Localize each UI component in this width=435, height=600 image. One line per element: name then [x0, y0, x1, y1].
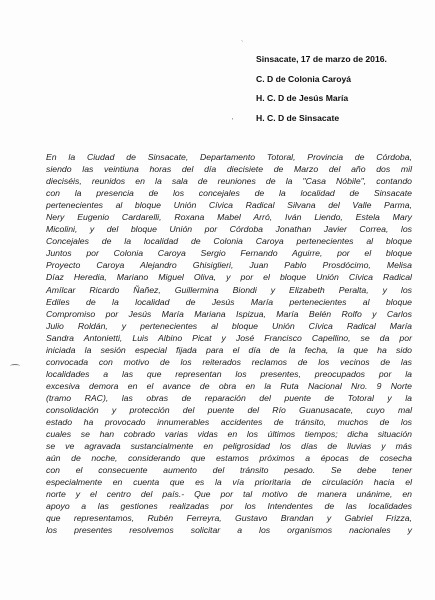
body-line: Díaz Heredia, Mariano Miguel Oliva, y po… [46, 271, 412, 283]
body-line: se ve agravada sustancialmente en peligr… [46, 440, 412, 452]
recipient-colonia-caroya: C. D de Colonia Caroyá [256, 74, 426, 84]
body-line: con el consecuente aumento del tránsito … [46, 464, 412, 476]
letter-header: Sinsacate, 17 de marzo de 2016. C. D de … [256, 54, 426, 132]
body-line: cuales se han cobrado varias vidas en lo… [46, 428, 412, 440]
body-line: Sandra Antonietti, Luis Albino Picat y J… [46, 332, 412, 344]
body-line: convocada con motivo de los reiterados r… [46, 356, 412, 368]
body-line: los presentes resolvemos solicitar a los… [46, 524, 412, 536]
body-line: Proyecto Caroya Alejandro Ghisiglieri, J… [46, 259, 412, 271]
body-line: norte y el centro del país.- Que por tal… [46, 488, 412, 500]
scan-artifact-mark: ` [241, 41, 243, 48]
recipient-sinsacate: H. C. D de Sinsacate [256, 113, 426, 123]
body-line: Amílcar Ricardo Ñañez, Guillermina Biond… [46, 284, 412, 296]
body-line: estado ha provocado innumerables acciden… [46, 416, 412, 428]
recipient-jesus-maria: H. C. D de Jesús María [256, 93, 426, 103]
body-line: consolidación y protección del puente de… [46, 404, 412, 416]
body-line: apoyo a las gestiones realizadas por los… [46, 500, 412, 512]
body-line: Juntos por Colonia Caroya Sergio Fernand… [46, 247, 412, 259]
body-line: siendo las veintiuna horas del día dieci… [46, 163, 412, 175]
body-line: Julio Roldán, y pertenecientes al bloque… [46, 320, 412, 332]
body-line: Ediles de la localidad de Jesús María pe… [46, 296, 412, 308]
body-line: localidades a las que representan los pr… [46, 368, 412, 380]
body-line: iniciada la sesión especial fijada para … [46, 344, 412, 356]
body-line: (tramo RAC), las obras de reparación del… [46, 392, 412, 404]
body-line: Compromiso por Jesús María Mariana Ispiz… [46, 308, 412, 320]
document-body-paragraph: En la Ciudad de Sinsacate, Departamento … [46, 151, 412, 537]
body-line: Nery Eugenio Cardarelli, Roxana Mabel Ar… [46, 211, 412, 223]
date-line: Sinsacate, 17 de marzo de 2016. [256, 54, 426, 64]
body-line: dieciséis, reunidos en la sala de reunio… [46, 175, 412, 187]
scan-artifact-dash [10, 364, 20, 368]
body-line: pertenecientes al bloque Unión Cívica Ra… [46, 199, 412, 211]
body-line: especialmente en cuenta que es la vía pr… [46, 476, 412, 488]
scanned-document-page: ` ' Sinsacate, 17 de marzo de 2016. C. D… [0, 0, 435, 600]
body-line: aún de noche, considerando que estamos p… [46, 452, 412, 464]
body-line: que representamos, Rubén Ferreyra, Gusta… [46, 512, 412, 524]
body-line: Micolini, y del bloque Unión por Córdoba… [46, 223, 412, 235]
body-line: excesiva demora en el avance de obra en … [46, 380, 412, 392]
scan-artifact-mark: ' [232, 118, 233, 125]
body-line: con la presencia de los concejales de la… [46, 187, 412, 199]
body-line: Concejales de la localidad de Colonia Ca… [46, 235, 412, 247]
body-line: En la Ciudad de Sinsacate, Departamento … [46, 151, 412, 163]
